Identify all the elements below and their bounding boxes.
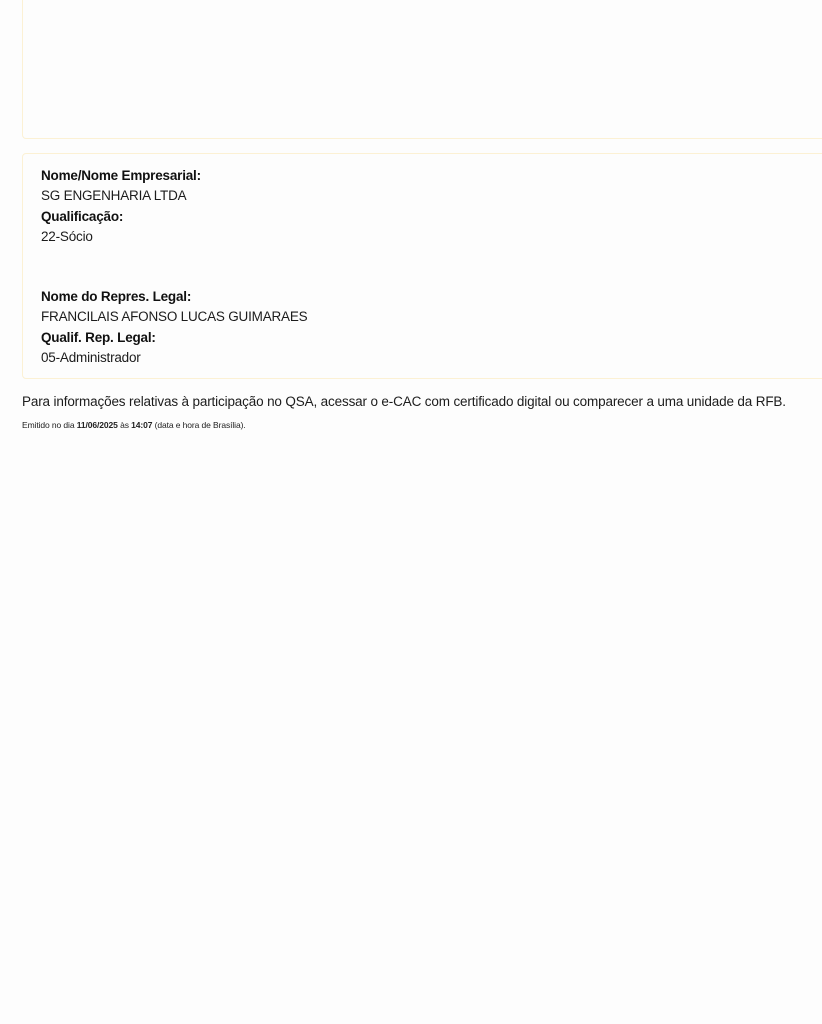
previous-partner-card (22, 0, 822, 139)
emitted-middle: às (118, 420, 131, 430)
legal-rep-value: FRANCILAIS AFONSO LUCAS GUIMARAES (41, 307, 822, 328)
emitted-date: 11/06/2025 (77, 420, 118, 430)
legal-rep-qualification-label: Qualif. Rep. Legal: (41, 328, 822, 348)
spacer (41, 247, 822, 287)
partner-card: Nome/Nome Empresarial: SG ENGENHARIA LTD… (22, 153, 822, 379)
qsa-info-note: Para informações relativas à participaçã… (22, 393, 786, 411)
page: Nome/Nome Empresarial: SG ENGENHARIA LTD… (0, 0, 822, 1024)
legal-rep-qualification-value: 05-Administrador (41, 348, 822, 369)
qualification-label: Qualificação: (41, 207, 822, 227)
emitted-prefix: Emitido no dia (22, 420, 77, 430)
emitted-suffix: (data e hora de Brasília). (152, 420, 245, 430)
qualification-value: 22-Sócio (41, 227, 822, 248)
emitted-time: 14:07 (131, 420, 152, 430)
emission-timestamp: Emitido no dia 11/06/2025 às 14:07 (data… (22, 419, 246, 431)
legal-rep-label: Nome do Repres. Legal: (41, 287, 822, 307)
name-value: SG ENGENHARIA LTDA (41, 186, 822, 207)
name-label: Nome/Nome Empresarial: (41, 166, 822, 186)
